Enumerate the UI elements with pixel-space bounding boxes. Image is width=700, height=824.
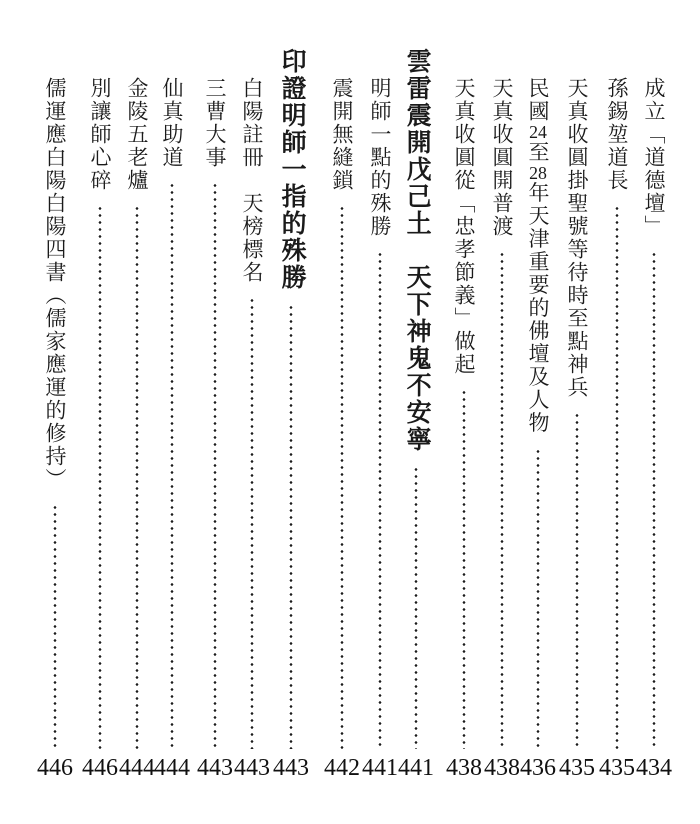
toc-entry-title: 天真收圓從「忠孝節義」做起	[453, 48, 475, 376]
toc-entry: 孫錫堃道長435	[595, 48, 639, 781]
toc-entry-page-number: 444	[119, 755, 155, 781]
toc-entry-title: 孫錫堃道長	[606, 48, 628, 192]
toc-entry-title: 成立「道德壇」	[643, 48, 665, 238]
toc-entry: 震開無縫鎖442	[320, 48, 364, 781]
dotted-leader	[289, 304, 293, 749]
toc-entry-title: 印證明師一指的殊勝	[278, 48, 304, 291]
dotted-leader	[53, 504, 57, 749]
dotted-leader	[98, 205, 102, 749]
toc-entry-title: 明師一點的殊勝	[369, 48, 391, 238]
toc-entry-page-number: 438	[484, 755, 520, 781]
toc-entry: 三曹大事443	[193, 48, 237, 781]
dotted-leader	[652, 251, 656, 749]
toc-entry-page-number: 441	[362, 755, 398, 781]
toc-entry-title: 儒運應白陽白陽四書（儒家應運的修持）	[44, 48, 66, 491]
dotted-leader	[213, 182, 217, 749]
dotted-leader	[135, 205, 139, 749]
dotted-leader	[340, 205, 344, 749]
dotted-leader	[575, 412, 579, 749]
toc-entry-page-number: 446	[82, 755, 118, 781]
toc-entry: 別讓師心碎446	[78, 48, 122, 781]
toc-entry-page-number: 444	[154, 755, 190, 781]
dotted-leader	[170, 182, 174, 749]
toc-entry-page-number: 438	[446, 755, 482, 781]
toc-entry-page-number: 443	[197, 755, 233, 781]
toc-entry: 明師一點的殊勝441	[358, 48, 402, 781]
dotted-leader	[615, 205, 619, 749]
toc-columns: 成立「道德壇」434孫錫堃道長435天真收圓掛聖號等待時至點神兵435民國24至…	[0, 0, 700, 824]
toc-entry-title: 別讓師心碎	[89, 48, 111, 192]
dotted-leader	[536, 448, 540, 749]
dotted-leader	[378, 251, 382, 749]
toc-entry-title: 天真收圓開普渡	[491, 48, 513, 238]
toc-entry-title: 三曹大事	[204, 48, 226, 169]
toc-entry-page-number: 436	[520, 755, 556, 781]
toc-entry: 天真收圓開普渡438	[480, 48, 524, 781]
toc-entry-page-number: 435	[559, 755, 595, 781]
toc-entry-title: 民國24至28年天津重要的佛壇及人物	[527, 48, 549, 435]
toc-section-heading: 印證明師一指的殊勝443	[269, 48, 313, 781]
toc-entry-page-number: 443	[234, 755, 270, 781]
toc-entry-page-number: 446	[37, 755, 73, 781]
dotted-leader	[462, 389, 466, 749]
toc-entry: 天真收圓掛聖號等待時至點神兵435	[555, 48, 599, 781]
toc-entry-title: 天真收圓掛聖號等待時至點神兵	[566, 48, 588, 399]
toc-entry: 儒運應白陽白陽四書（儒家應運的修持）446	[33, 48, 77, 781]
toc-entry-title: 仙真助道	[161, 48, 183, 169]
toc-entry-title: 震開無縫鎖	[331, 48, 353, 192]
toc-entry-title: 雲雷震開戊己土 天下神鬼不安寧	[403, 48, 429, 453]
dotted-leader	[250, 297, 254, 749]
toc-entry-page-number: 441	[398, 755, 434, 781]
inline-year-number: 28	[528, 164, 548, 182]
inline-year-number: 24	[528, 123, 548, 141]
toc-entry: 天真收圓從「忠孝節義」做起438	[442, 48, 486, 781]
toc-entry-title: 金陵五老爐	[126, 48, 148, 192]
toc-entry-page-number: 442	[324, 755, 360, 781]
dotted-leader	[414, 466, 418, 749]
dotted-leader	[500, 251, 504, 749]
toc-entry-title: 白陽註冊 天榜標名	[241, 48, 263, 284]
toc-entry-page-number: 435	[599, 755, 635, 781]
toc-entry-page-number: 434	[636, 755, 672, 781]
toc-entry-page-number: 443	[273, 755, 309, 781]
